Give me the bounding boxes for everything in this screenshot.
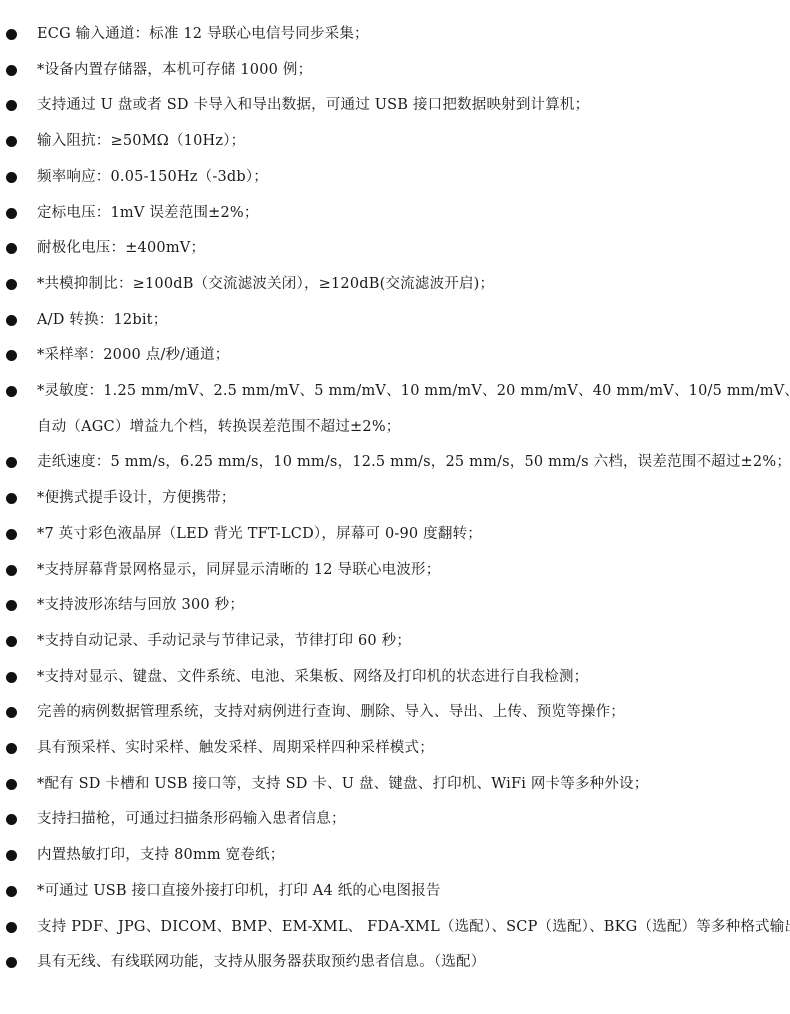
spec-text: *灵敏度：1.25 mm/mV、2.5 mm/mV、5 mm/mV、10 mm/… — [37, 383, 790, 399]
spec-text: ECG 输入通道：标准 12 导联心电信号同步采集； — [37, 26, 369, 42]
spec-item-frequency-response: 频率响应：0.05-150Hz（-3db）； — [0, 160, 790, 196]
spec-text: 支持 PDF、JPG、DICOM、BMP、EM-XML、 FDA-XML（选配）… — [37, 919, 790, 935]
bullet-icon — [6, 315, 17, 326]
bullet-icon — [6, 886, 17, 897]
bullet-icon — [6, 386, 17, 397]
bullet-icon — [6, 136, 17, 147]
spec-text: *便携式提手设计，方便携带； — [37, 490, 236, 506]
bullet-icon — [6, 65, 17, 76]
spec-item-thermal-printer: 内置热敏打印，支持 80mm 宽卷纸； — [0, 838, 790, 874]
bullet-icon — [6, 957, 17, 968]
spec-text: *配有 SD 卡槽和 USB 接口等，支持 SD 卡、U 盘、键盘、打印机、Wi… — [37, 776, 648, 792]
spec-item-cmrr: *共模抑制比：≥100dB（交流滤波关闭），≥120dB(交流滤波开启)； — [0, 267, 790, 303]
spec-text: *可通过 USB 接口直接外接打印机，打印 A4 纸的心电图报告 — [37, 883, 441, 899]
spec-text: 支持通过 U 盘或者 SD 卡导入和导出数据，可通过 USB 接口把数据映射到计… — [37, 97, 589, 113]
spec-item-case-management: 完善的病例数据管理系统，支持对病例进行查询、删除、导入、导出、上传、预览等操作； — [0, 695, 790, 731]
bullet-icon — [6, 565, 17, 576]
spec-list: ECG 输入通道：标准 12 导联心电信号同步采集； *设备内置存储器，本机可存… — [0, 17, 790, 981]
spec-item-sensitivity: *灵敏度：1.25 mm/mV、2.5 mm/mV、5 mm/mV、10 mm/… — [0, 374, 790, 445]
spec-item-external-printer: *可通过 USB 接口直接外接打印机，打印 A4 纸的心电图报告 — [0, 874, 790, 910]
spec-text: *支持波形冻结与回放 300 秒； — [37, 597, 244, 613]
bullet-icon — [6, 457, 17, 468]
spec-text: 具有预采样、实时采样、触发采样、周期采样四种采样模式； — [37, 740, 434, 756]
spec-item-sampling-modes: 具有预采样、实时采样、触发采样、周期采样四种采样模式； — [0, 731, 790, 767]
spec-item-storage: *设备内置存储器，本机可存储 1000 例； — [0, 53, 790, 89]
spec-text: 输入阻抗：≥50MΩ（10Hz）； — [37, 133, 245, 149]
spec-text: 频率响应：0.05-150Hz（-3db）； — [37, 169, 268, 185]
bullet-icon — [6, 672, 17, 683]
spec-text: *支持自动记录、手动记录与节律记录，节律打印 60 秒； — [37, 633, 411, 649]
bullet-icon — [6, 529, 17, 540]
spec-text: 完善的病例数据管理系统，支持对病例进行查询、删除、导入、导出、上传、预览等操作； — [37, 704, 625, 720]
spec-text: *共模抑制比：≥100dB（交流滤波关闭），≥120dB(交流滤波开启)； — [37, 276, 494, 292]
spec-item-networking: 具有无线、有线联网功能，支持从服务器获取预约患者信息。（选配） — [0, 945, 790, 981]
spec-item-input-channels: ECG 输入通道：标准 12 导联心电信号同步采集； — [0, 17, 790, 53]
spec-text: 耐极化电压：±400mV； — [37, 240, 205, 256]
bullet-icon — [6, 922, 17, 933]
spec-item-lcd-screen: *7 英寸彩色液晶屏（LED 背光 TFT-LCD），屏幕可 0-90 度翻转； — [0, 517, 790, 553]
bullet-icon — [6, 100, 17, 111]
bullet-icon — [6, 29, 17, 40]
bullet-icon — [6, 208, 17, 219]
bullet-icon — [6, 707, 17, 718]
spec-item-portable-handle: *便携式提手设计，方便携带； — [0, 481, 790, 517]
spec-item-recording-modes: *支持自动记录、手动记录与节律记录，节律打印 60 秒； — [0, 624, 790, 660]
spec-item-freeze-playback: *支持波形冻结与回放 300 秒； — [0, 588, 790, 624]
spec-text: *支持对显示、键盘、文件系统、电池、采集板、网络及打印机的状态进行自我检测； — [37, 669, 588, 685]
spec-item-peripherals: *配有 SD 卡槽和 USB 接口等，支持 SD 卡、U 盘、键盘、打印机、Wi… — [0, 767, 790, 803]
bullet-icon — [6, 279, 17, 290]
spec-item-output-formats: 支持 PDF、JPG、DICOM、BMP、EM-XML、 FDA-XML（选配）… — [0, 910, 790, 946]
spec-text: *采样率：2000 点/秒/通道； — [37, 347, 229, 363]
bullet-icon — [6, 779, 17, 790]
bullet-icon — [6, 243, 17, 254]
bullet-icon — [6, 814, 17, 825]
spec-text: 具有无线、有线联网功能，支持从服务器获取预约患者信息。（选配） — [37, 954, 485, 970]
bullet-icon — [6, 350, 17, 361]
spec-item-self-test: *支持对显示、键盘、文件系统、电池、采集板、网络及打印机的状态进行自我检测； — [0, 660, 790, 696]
bullet-icon — [6, 493, 17, 504]
spec-text: *7 英寸彩色液晶屏（LED 背光 TFT-LCD），屏幕可 0-90 度翻转； — [37, 526, 482, 542]
spec-text: *支持屏幕背景网格显示，同屏显示清晰的 12 导联心电波形； — [37, 562, 440, 578]
bullet-icon — [6, 172, 17, 183]
spec-item-sampling-rate: *采样率：2000 点/秒/通道； — [0, 338, 790, 374]
spec-item-ad-conversion: A/D 转换：12bit； — [0, 303, 790, 339]
bullet-icon — [6, 636, 17, 647]
spec-text: 定标电压：1mV 误差范围±2%； — [37, 205, 259, 221]
spec-item-paper-speed: 走纸速度：5 mm/s，6.25 mm/s，10 mm/s，12.5 mm/s，… — [0, 445, 790, 481]
spec-text: 走纸速度：5 mm/s，6.25 mm/s，10 mm/s，12.5 mm/s，… — [37, 454, 790, 470]
bullet-icon — [6, 850, 17, 861]
bullet-icon — [6, 743, 17, 754]
spec-item-barcode-scanner: 支持扫描枪，可通过扫描条形码输入患者信息； — [0, 802, 790, 838]
spec-text: 内置热敏打印，支持 80mm 宽卷纸； — [37, 847, 284, 863]
spec-item-grid-display: *支持屏幕背景网格显示，同屏显示清晰的 12 导联心电波形； — [0, 553, 790, 589]
spec-item-data-transfer: 支持通过 U 盘或者 SD 卡导入和导出数据，可通过 USB 接口把数据映射到计… — [0, 88, 790, 124]
spec-text-continuation: 自动（AGC）增益九个档，转换误差范围不超过±2%； — [37, 410, 790, 446]
spec-text: *设备内置存储器，本机可存储 1000 例； — [37, 62, 312, 78]
spec-item-input-impedance: 输入阻抗：≥50MΩ（10Hz）； — [0, 124, 790, 160]
spec-text: 支持扫描枪，可通过扫描条形码输入患者信息； — [37, 811, 346, 827]
spec-text: A/D 转换：12bit； — [37, 312, 167, 328]
spec-item-calibration-voltage: 定标电压：1mV 误差范围±2%； — [0, 196, 790, 232]
spec-item-polarization-voltage: 耐极化电压：±400mV； — [0, 231, 790, 267]
bullet-icon — [6, 600, 17, 611]
